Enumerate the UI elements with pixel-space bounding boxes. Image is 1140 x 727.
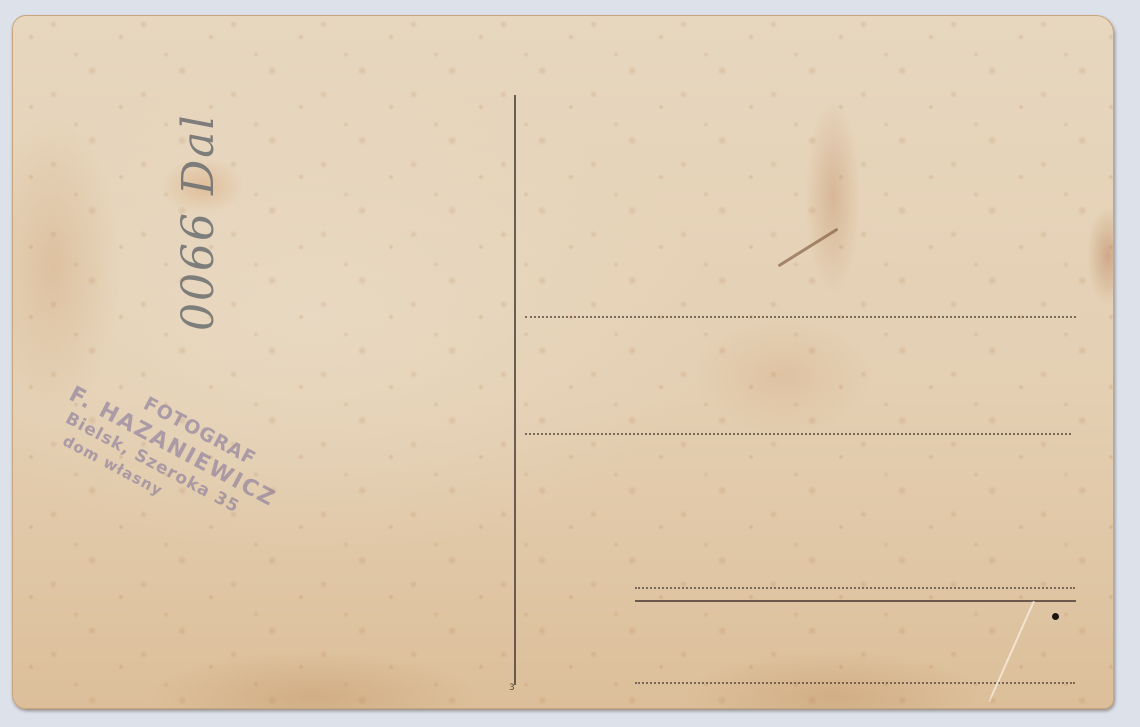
address-line-3 (635, 587, 1075, 589)
photographer-stamp: FOTOGRAF F. HAZANIEWICZ Bielsk, Szeroka … (12, 341, 292, 549)
address-line-1 (525, 316, 1076, 318)
paper-crease (988, 601, 1035, 702)
ink-streak (778, 228, 839, 268)
address-line-2 (525, 433, 1071, 435)
pencil-inventory-note: 0066 Dal (173, 113, 224, 331)
address-line-4 (635, 682, 1075, 684)
postcard-back: 0066 Dal FOTOGRAF F. HAZANIEWICZ Bielsk,… (12, 15, 1114, 709)
ink-dot (1052, 613, 1059, 620)
address-line-solid (635, 600, 1076, 602)
printer-mark: 3 (509, 683, 515, 693)
center-divider-line (514, 95, 516, 685)
